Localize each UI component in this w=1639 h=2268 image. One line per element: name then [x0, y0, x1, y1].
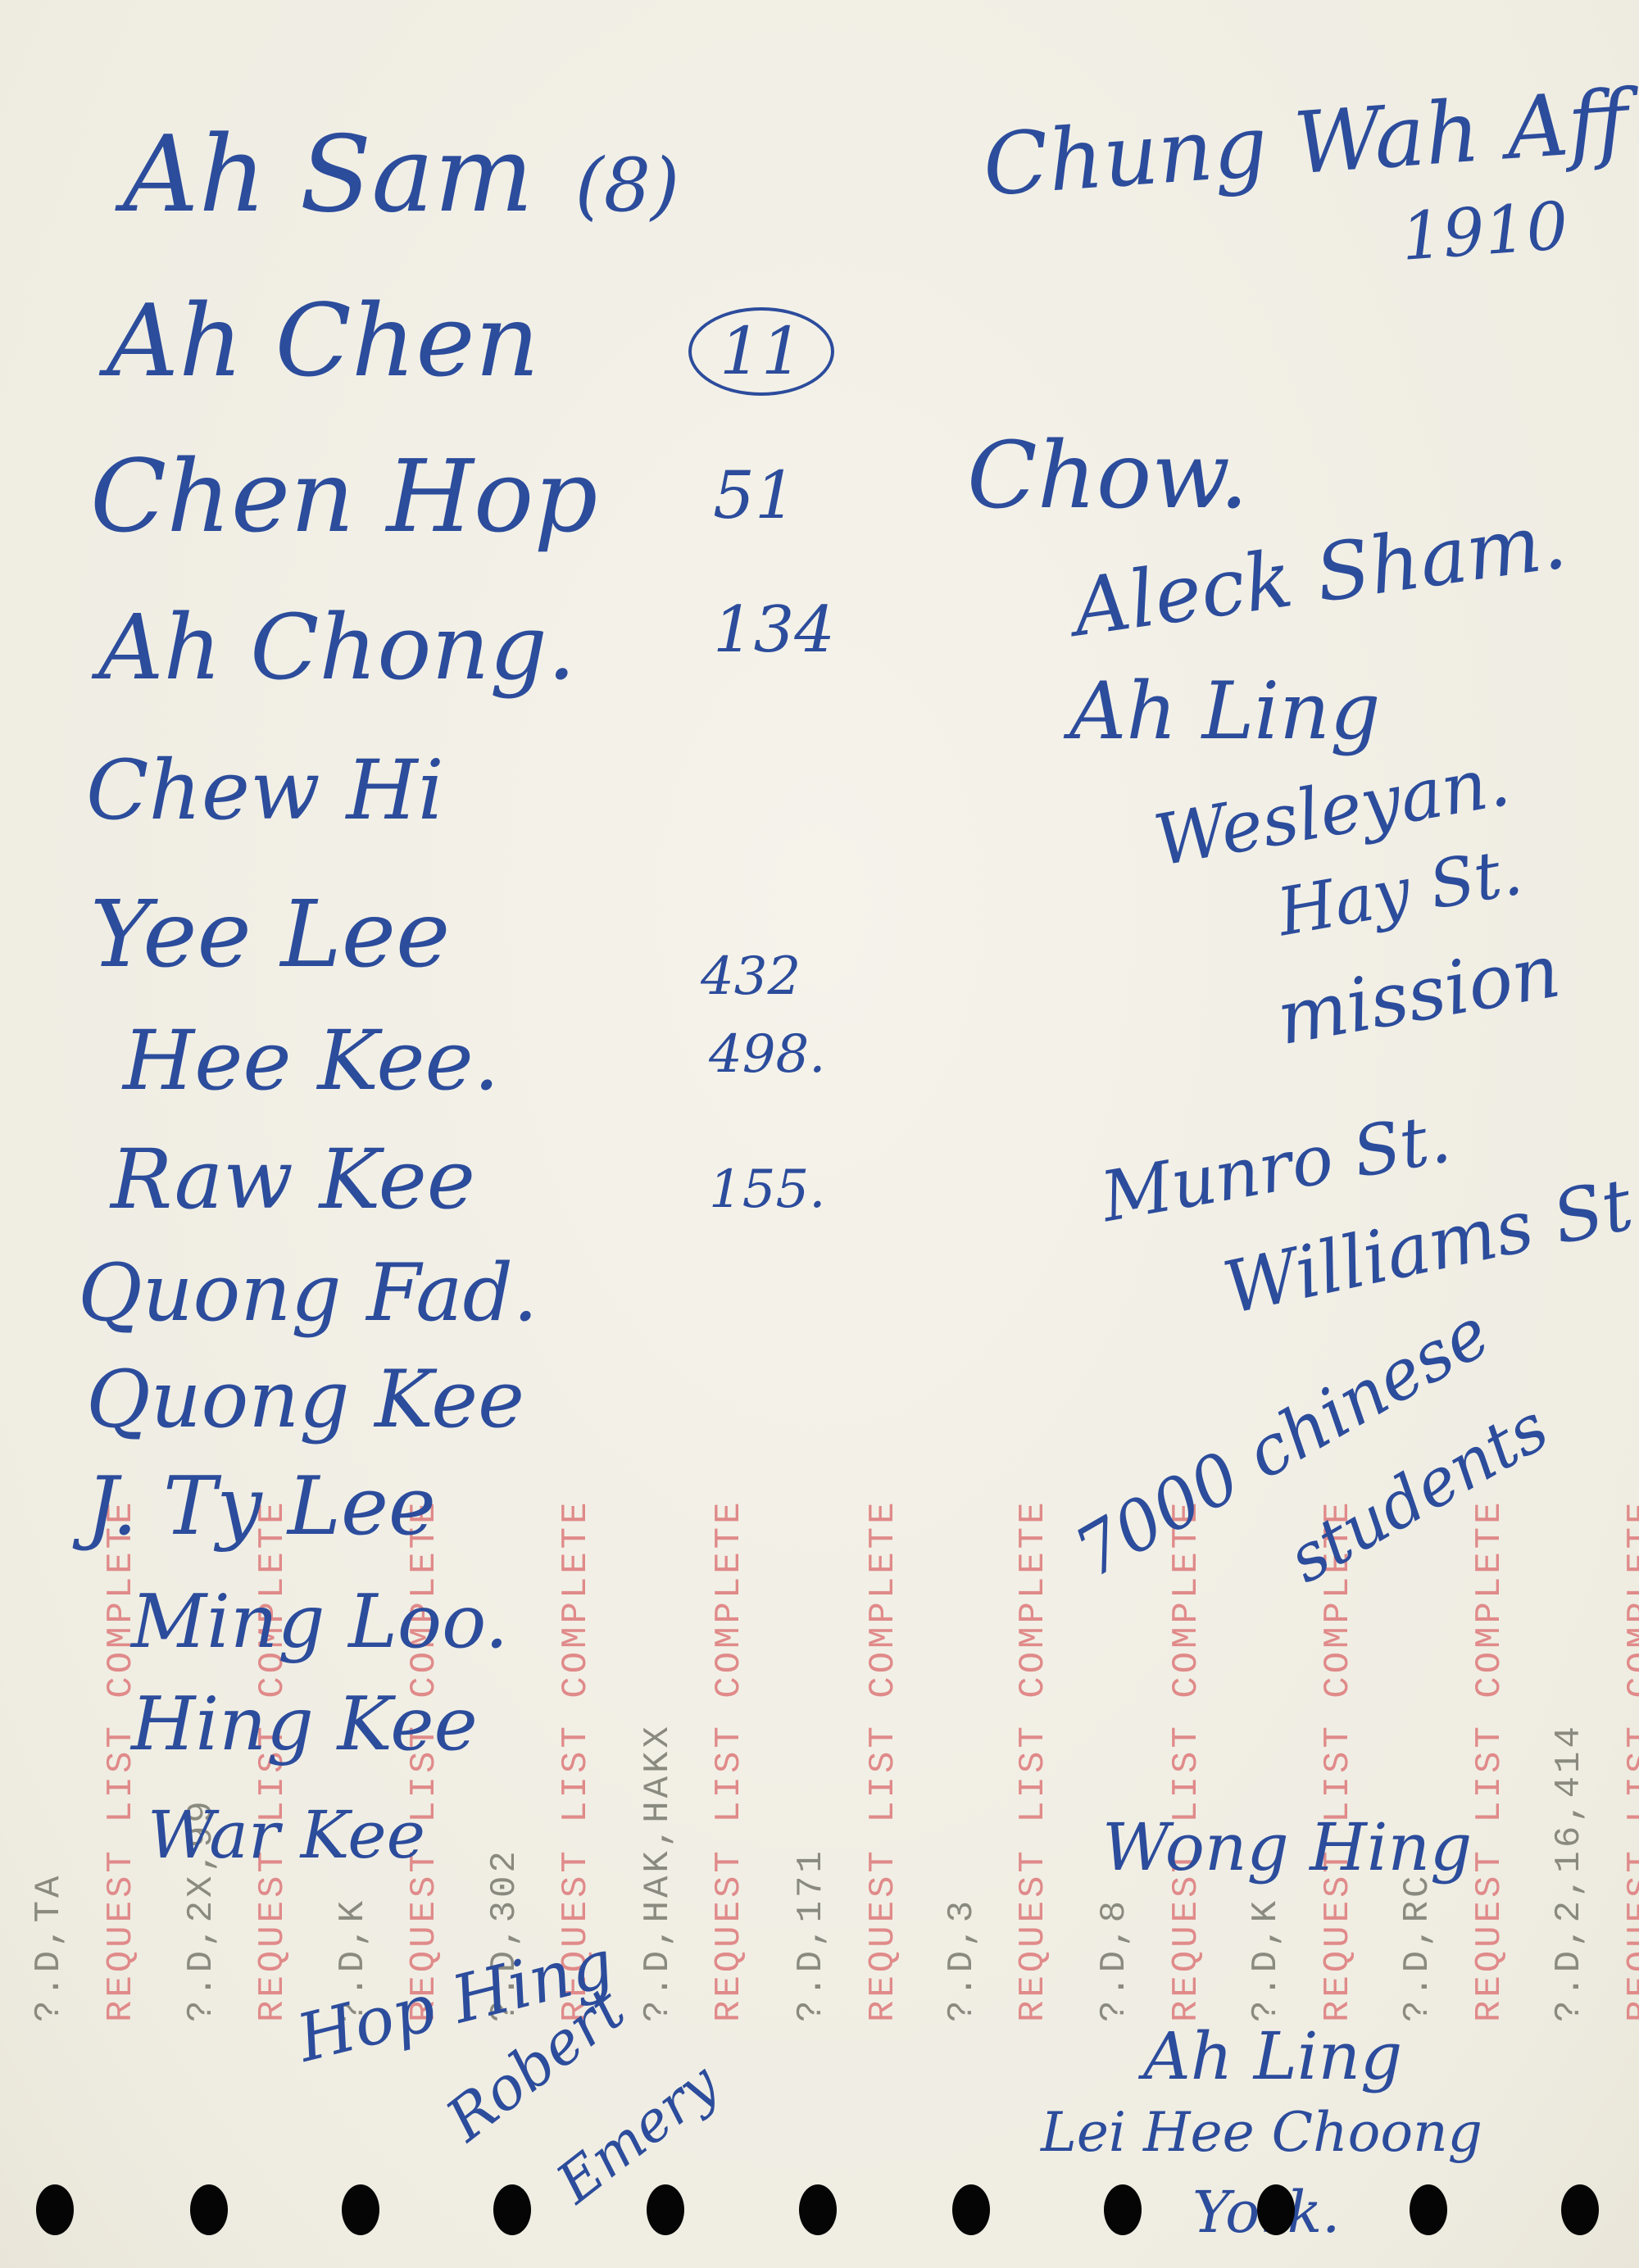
print-code: ?.D,K	[1248, 1898, 1284, 2022]
feed-hole	[1257, 2184, 1295, 2235]
list-item: Chen Hop	[90, 447, 597, 547]
print-status: REQUEST LIST COMPLETE	[865, 1499, 901, 2023]
print-status: REQUEST LIST COMPLETE	[1015, 1499, 1051, 2023]
chow-note: Chow.	[967, 430, 1248, 522]
wong-hing-note: Wong Hing	[1102, 1815, 1472, 1880]
feed-hole	[342, 2184, 379, 2235]
circled-number: 11	[688, 307, 834, 396]
feed-hole	[493, 2184, 531, 2235]
list-item: Yee Lee	[90, 889, 450, 981]
feed-hole	[36, 2184, 74, 2235]
print-code: ?.D,171	[793, 1848, 829, 2022]
feed-hole	[190, 2184, 228, 2235]
print-status: REQUEST LIST COMPLETE	[1623, 1499, 1639, 2023]
feed-hole	[1104, 2184, 1142, 2235]
name-note: Ah Ling	[1069, 672, 1380, 751]
bottom-right-note: Lei Hee Choong	[1041, 2106, 1482, 2160]
feed-hole	[799, 2184, 837, 2235]
print-status: REQUEST LIST COMPLETE	[1472, 1499, 1508, 2023]
print-code: ?.D,8	[1096, 1898, 1133, 2022]
list-item: Ah Sam (8)	[123, 123, 679, 228]
feed-hole	[1410, 2184, 1447, 2235]
list-item: Ming Loo.	[131, 1585, 508, 1659]
list-number: 51	[713, 463, 797, 528]
list-number: 155.	[709, 1163, 826, 1216]
list-number: 498.	[709, 1028, 826, 1081]
print-status: REQUEST LIST COMPLETE	[711, 1499, 747, 2023]
print-code: ?.D,RC	[1400, 1873, 1436, 2022]
list-item: Quong Kee	[86, 1360, 524, 1439]
feed-hole	[1561, 2184, 1599, 2235]
feed-hole	[647, 2184, 684, 2235]
print-code: ?.D,TA	[31, 1873, 67, 2022]
list-item: Hing Kee	[131, 1688, 478, 1762]
list-item: Quong Fad.	[78, 1254, 538, 1332]
list-item: Ah Chong.	[98, 602, 576, 692]
print-code: ?.D,2,16,414	[1551, 1723, 1587, 2022]
list-item: Raw Kee	[111, 1139, 475, 1221]
list-item: Ah Chen	[107, 291, 539, 391]
list-item: J. Ty Lee	[86, 1467, 436, 1547]
list-item: Chew Hi	[86, 750, 444, 832]
list-item: War Kee	[148, 1803, 425, 1868]
year-note: 1910	[1399, 193, 1570, 270]
list-number: 432	[701, 950, 801, 1003]
list-number: 134	[713, 598, 835, 662]
print-status: REQUEST LIST COMPLETE	[1169, 1499, 1205, 2023]
print-code: ?.D,3	[944, 1898, 980, 2022]
feed-hole	[952, 2184, 990, 2235]
print-code: ?.D,HAK,HAKX	[640, 1723, 676, 2022]
list-item: Hee Kee.	[123, 1020, 500, 1102]
bottom-right-note: Ah Ling	[1143, 2024, 1402, 2089]
